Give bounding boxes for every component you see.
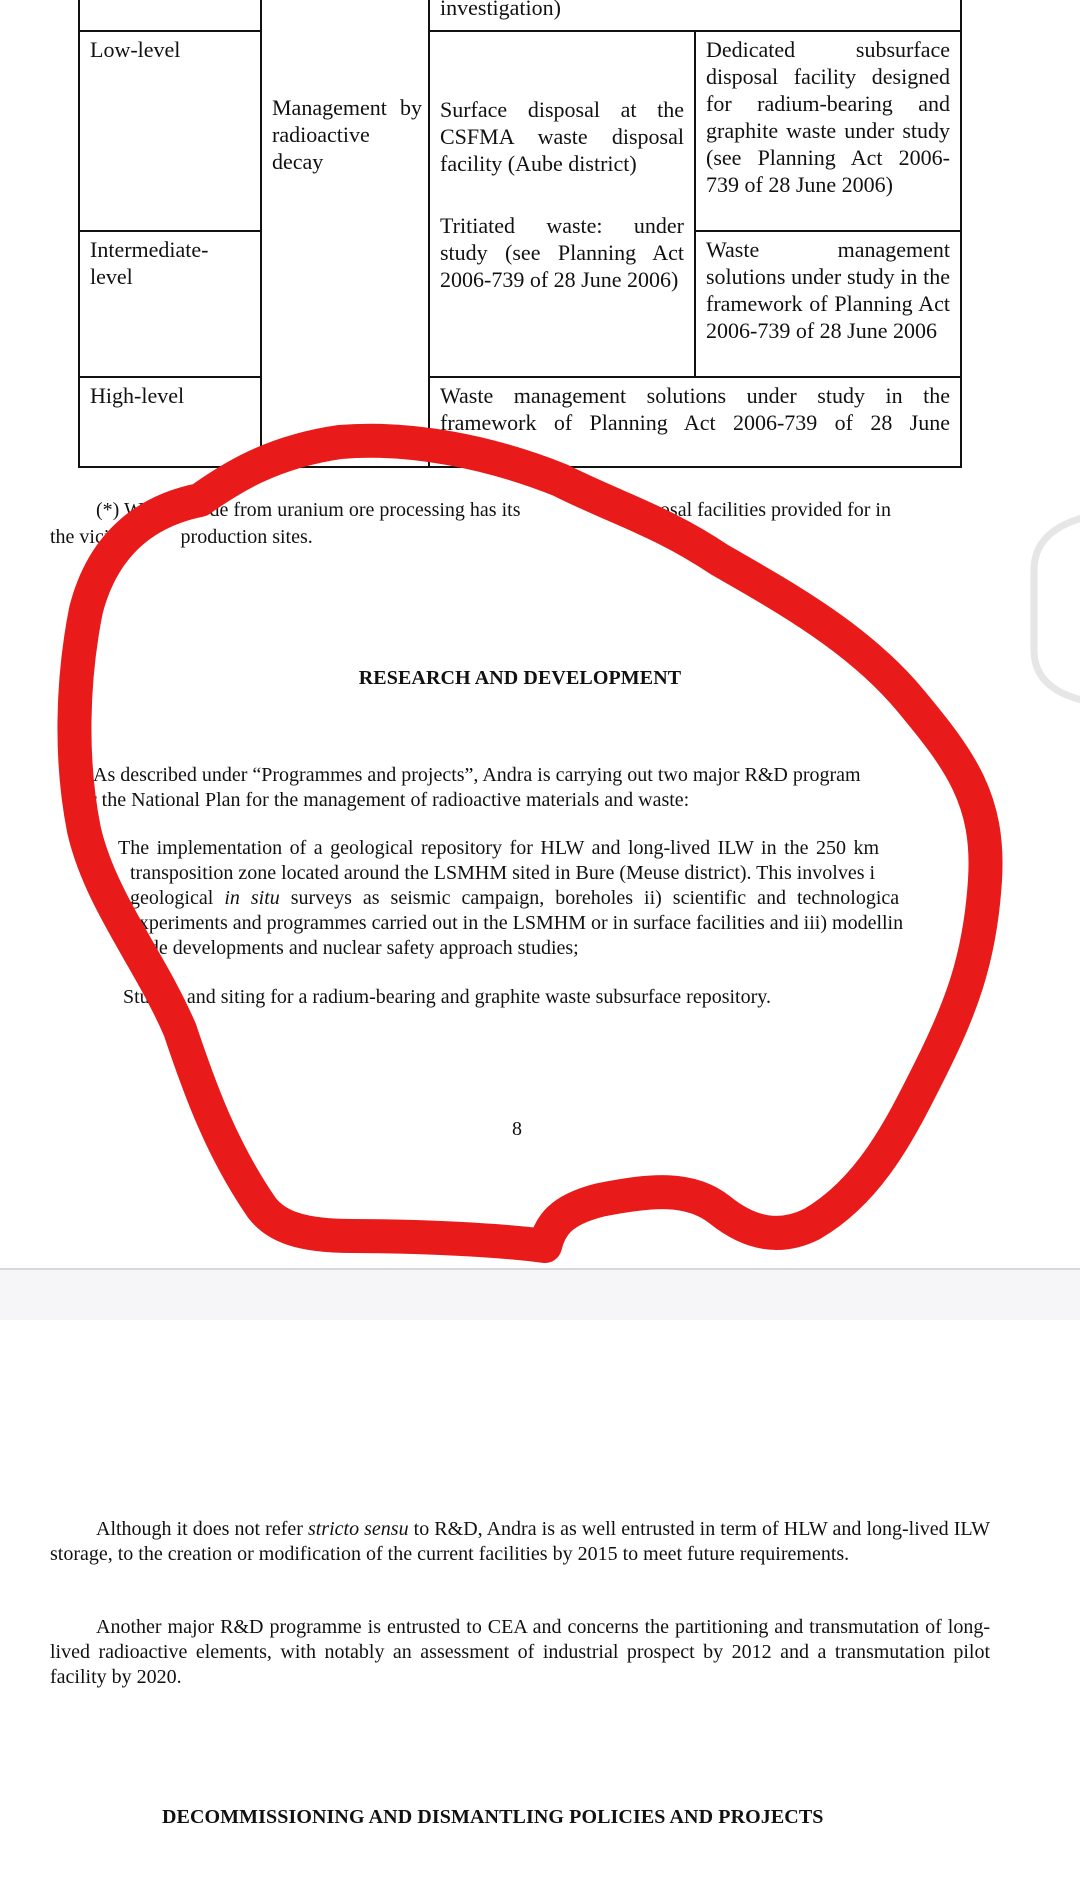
table-header-cell-blank-1 bbox=[78, 0, 262, 32]
level-label: High-level bbox=[90, 383, 184, 408]
level-label: Low-level bbox=[90, 37, 180, 62]
footnote-fragment: de from uranium ore processing has its bbox=[209, 499, 520, 521]
storage-paragraph: Although it does not refer stricto sensu… bbox=[50, 1517, 990, 1567]
bullet-2-line-1: Studies and siting for a radium-bearing … bbox=[123, 985, 771, 1010]
short-lived-cell: Surface disposal at the CSFMA waste disp… bbox=[428, 30, 696, 378]
decay-management-cell: Management by radioactive decay bbox=[260, 0, 430, 468]
footnote-fragment: production sites. bbox=[181, 526, 313, 548]
footnote-fragment: fic disposal facilities provided for in bbox=[601, 499, 891, 521]
page-separator bbox=[0, 1268, 1080, 1322]
table-row-intermediate-level: Intermediate-level bbox=[78, 230, 262, 378]
high-level-cell: Waste management solutions under study i… bbox=[428, 376, 962, 468]
section-heading-decommissioning: DECOMMISSIONING AND DISMANTLING POLICIES… bbox=[162, 1806, 824, 1829]
table-row-high-level: High-level bbox=[78, 376, 262, 468]
rd-intro-line-2: r the National Plan for the management o… bbox=[90, 788, 689, 813]
bullet-1-line-5: code developments and nuclear safety app… bbox=[130, 936, 579, 961]
document-page-9: Although it does not refer stricto sensu… bbox=[0, 1320, 1080, 1888]
footnote-fragment: (*) Wast bbox=[96, 499, 163, 521]
footnote-fragment: the vicinity bbox=[50, 526, 141, 548]
intermediate-long-lived-text: Waste management solutions under study i… bbox=[706, 236, 950, 344]
bullet-1-line-3: geological in situ surveys as seismic ca… bbox=[130, 886, 899, 911]
italic-fragment: in situ bbox=[224, 887, 279, 909]
low-long-lived-cell: Dedicated subsurface disposal facility d… bbox=[694, 30, 962, 232]
low-long-lived-text: Dedicated subsurface disposal facility d… bbox=[706, 36, 950, 198]
tritiated-waste-text: Tritiated waste: under study (see Planni… bbox=[440, 212, 684, 293]
italic-fragment: stricto sensu bbox=[308, 1518, 409, 1540]
header-fragment: investigation) bbox=[440, 0, 561, 21]
section-heading-research-development: RESEARCH AND DEVELOPMENT bbox=[0, 667, 1040, 690]
bullet-1-line-1: The implementation of a geological repos… bbox=[118, 836, 879, 861]
document-page-8: Management by radioactive decay investig… bbox=[0, 0, 1080, 1268]
high-level-text: Waste management solutions under study i… bbox=[440, 382, 950, 436]
page-number: 8 bbox=[512, 1118, 522, 1141]
level-label: Intermediate-level bbox=[90, 236, 230, 290]
text-fragment: Although it does not refer bbox=[96, 1518, 308, 1540]
rd-intro-line-1: As described under “Programmes and proje… bbox=[93, 763, 861, 788]
bullet-1-line-2: transposition zone located around the LS… bbox=[130, 861, 875, 886]
bullet-1-line-4: experiments and programmes carried out i… bbox=[130, 911, 903, 936]
footnote-line-1: (*) Wastde from uranium ore processing h… bbox=[50, 497, 990, 524]
bullet-dash: - bbox=[94, 836, 101, 859]
table-row-low-level: Low-level bbox=[78, 30, 262, 232]
text-fragment: Another major R&D programme is entrusted… bbox=[50, 1616, 990, 1688]
waste-management-table: Management by radioactive decay investig… bbox=[78, 0, 962, 468]
cea-paragraph: Another major R&D programme is entrusted… bbox=[50, 1615, 990, 1690]
table-header-cell: investigation) bbox=[428, 0, 962, 32]
decay-management-text: Management by radioactive decay bbox=[272, 94, 422, 175]
intermediate-long-lived-cell: Waste management solutions under study i… bbox=[694, 230, 962, 378]
text-fragment: geological bbox=[130, 887, 224, 909]
text-fragment: surveys as seismic campaign, boreholes i… bbox=[291, 887, 899, 909]
footnote-line-2: the vicinityproduction sites. bbox=[50, 526, 313, 548]
footnote: (*) Wastde from uranium ore processing h… bbox=[50, 497, 990, 551]
surface-disposal-text: Surface disposal at the CSFMA waste disp… bbox=[440, 96, 684, 177]
side-panel-handle[interactable] bbox=[1022, 510, 1080, 705]
